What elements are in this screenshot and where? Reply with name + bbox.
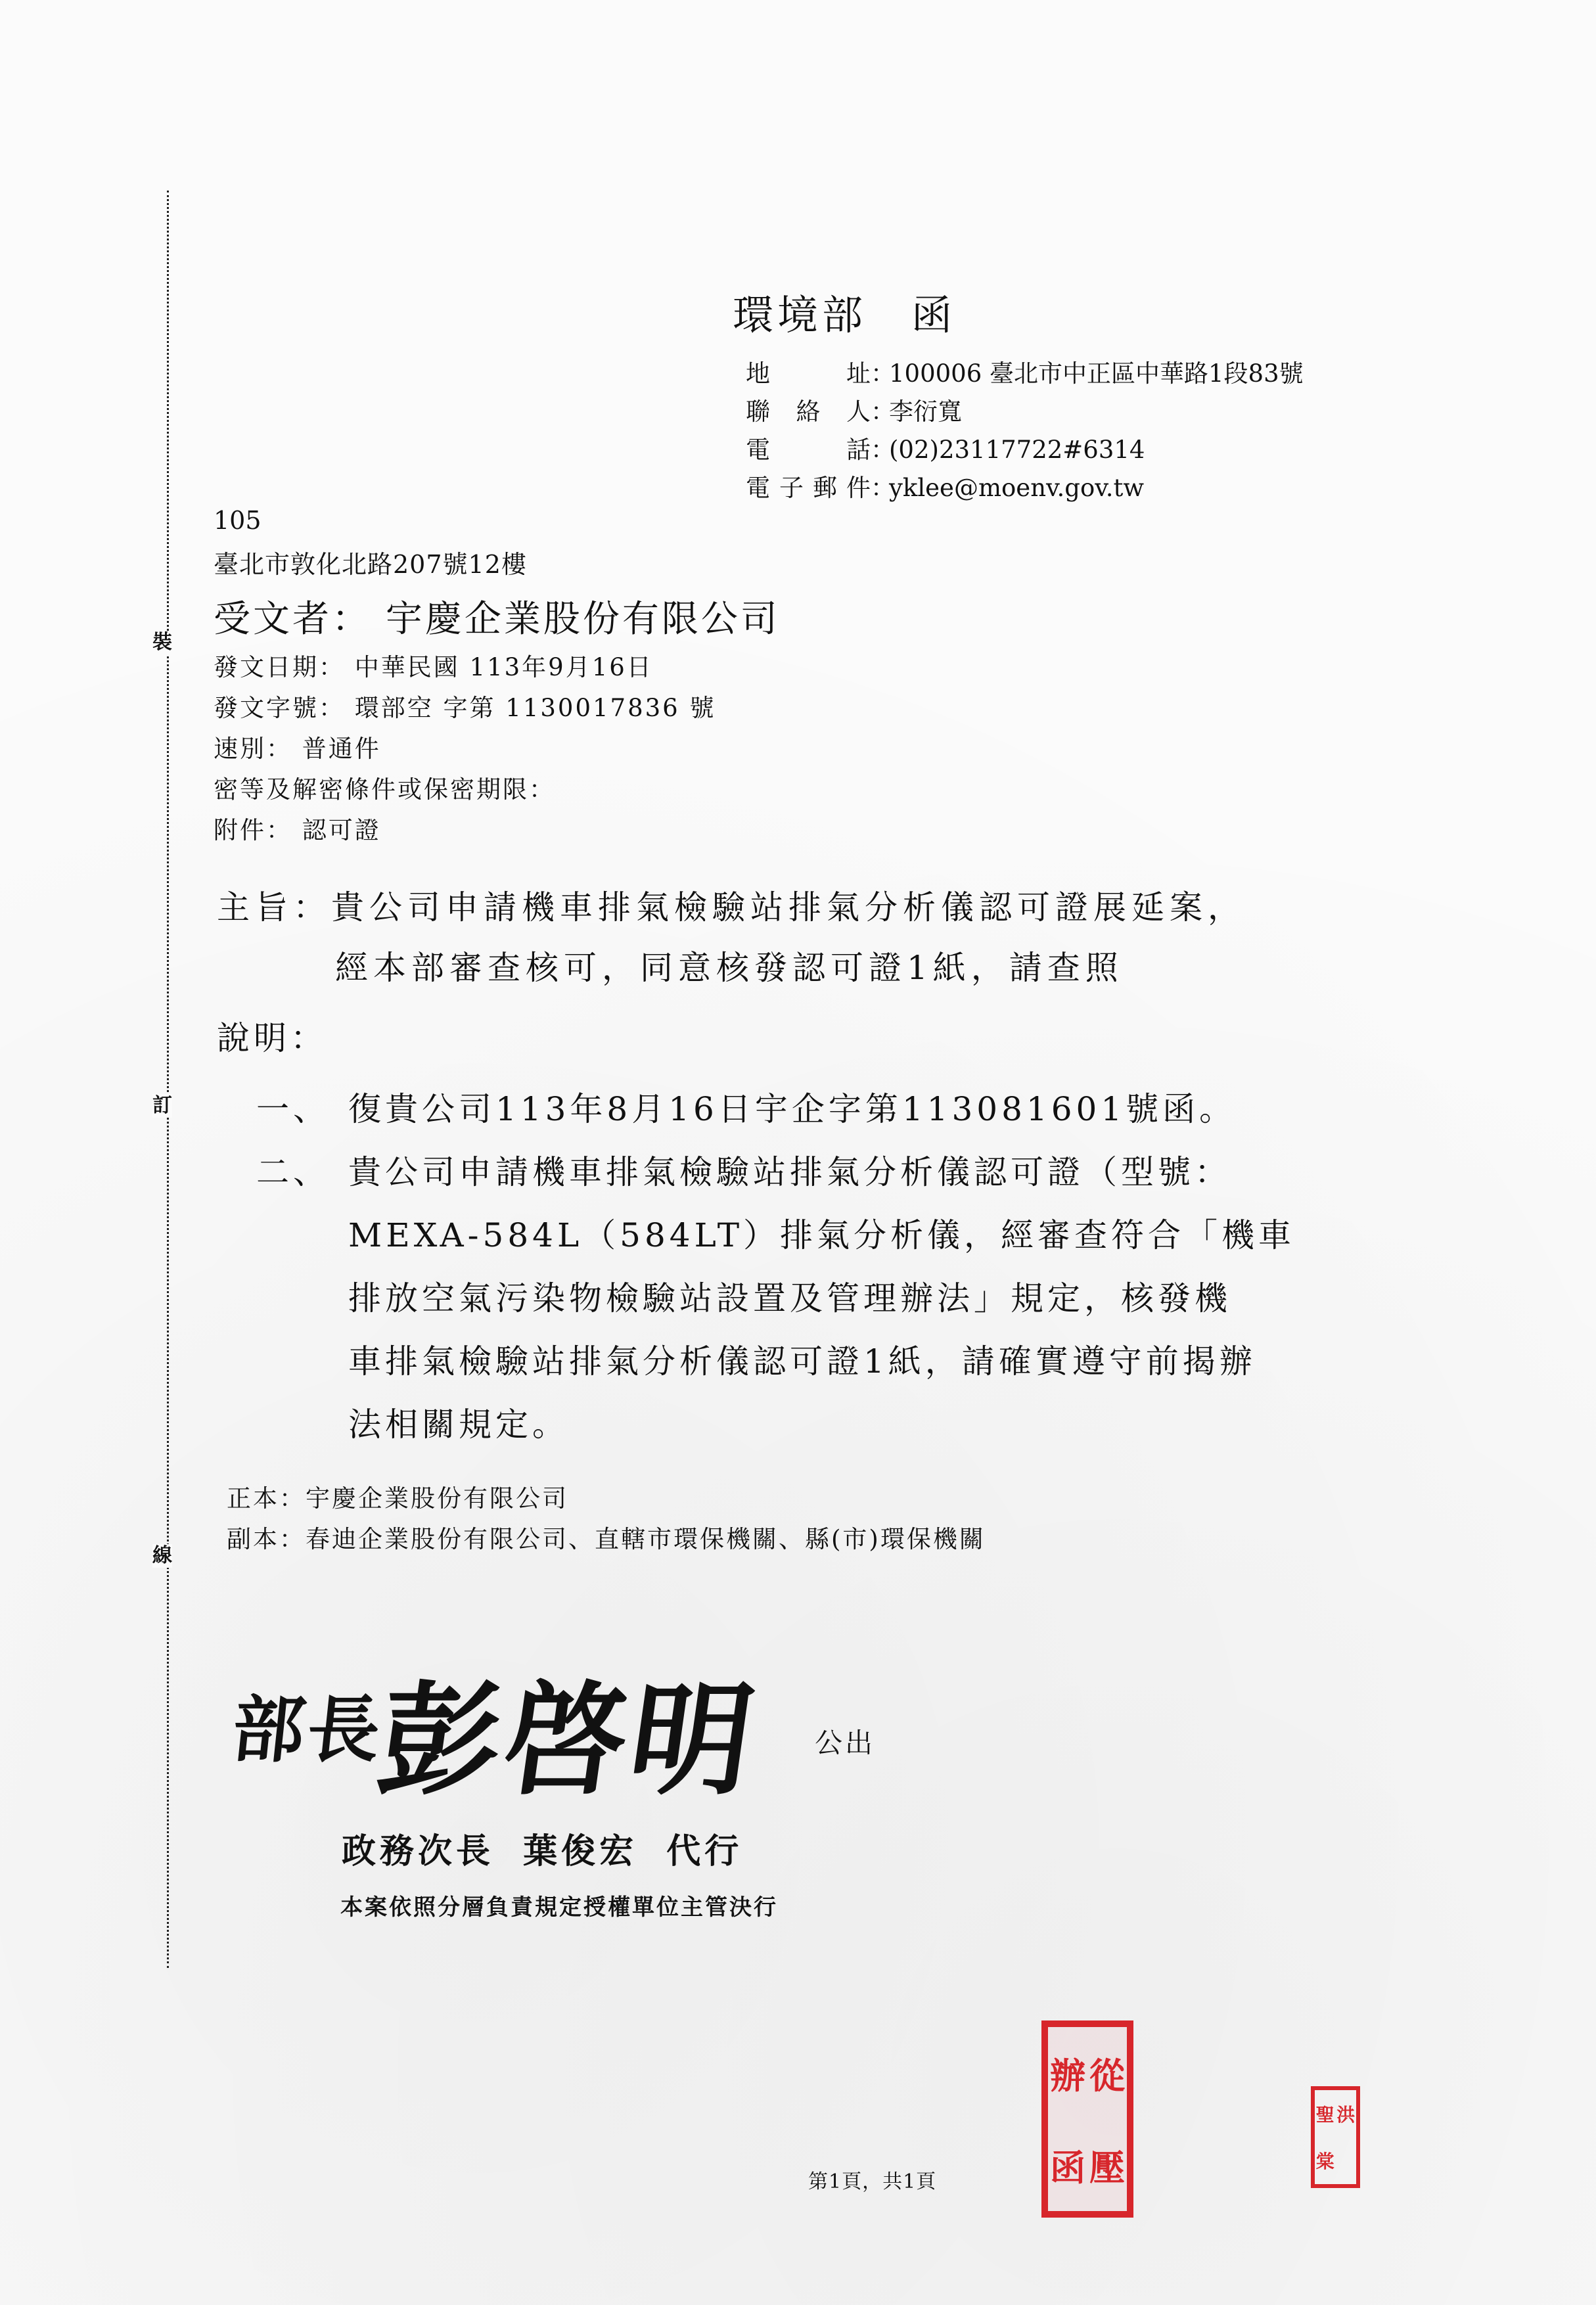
- item-line: 車排氣檢驗站排氣分析儀認可證1紙，請確實遵守前揭辦: [348, 1330, 1406, 1393]
- copy-label: 副本：: [227, 1525, 306, 1553]
- contact-label: 聯絡人: [746, 393, 871, 431]
- document-title: 環境部 函: [733, 283, 956, 341]
- document-number-value: 環部空 字第 1130017836 號: [355, 694, 716, 722]
- subject-label: 主旨：: [217, 888, 331, 926]
- item-number: 一、: [256, 1078, 348, 1141]
- contact-block: 地址 ： 100006 臺北市中正區中華路1段83號 聯絡人 ： 李衍寬 電話 …: [746, 355, 1304, 507]
- subject-text-2: 經本部審查核可，同意核發認可證1紙，請查照: [335, 949, 1124, 987]
- deputy-acting-line: 政務次長 葉俊宏 代行: [342, 1823, 742, 1873]
- signature-away-note: 公出: [815, 1722, 875, 1761]
- colon: ：: [871, 393, 889, 431]
- item-number: 二、: [256, 1141, 348, 1456]
- seal-char: 棠: [1315, 2147, 1336, 2174]
- recipient-address: 臺北市敦化北路207號12樓: [214, 544, 527, 580]
- secrecy-row: 密等及解密條件或保密期限：: [214, 769, 716, 810]
- page-number: 第1頁，共1頁: [808, 2165, 936, 2194]
- seal-char: 辦: [1048, 2048, 1087, 2099]
- delegation-note: 本案依照分層負責規定授權單位主管決行: [340, 1889, 778, 1921]
- speed-row: 速別： 普通件: [214, 729, 716, 769]
- subject-text-1: 貴公司申請機車排氣檢驗站排氣分析儀認可證展延案，: [331, 888, 1246, 926]
- item-line: 排放空氣污染物檢驗站設置及管理辦法」規定，核發機: [348, 1267, 1406, 1330]
- distribution-block: 正本：宇慶企業股份有限公司 副本：春迪企業股份有限公司、直轄市環保機關、縣(市)…: [227, 1478, 986, 1560]
- colon: ：: [871, 469, 889, 507]
- contact-person-row: 聯絡人 ： 李衍寬: [746, 393, 1304, 431]
- document-meta: 發文日期： 中華民國 113年9月16日 發文字號： 環部空 字第 113001…: [214, 647, 716, 851]
- attachment-row: 附件： 認可證: [214, 810, 716, 851]
- explanation-items: 一、 復貴公司113年8月16日宇企字第113081601號函。 二、 貴公司申…: [256, 1078, 1406, 1456]
- contact-person: 李衍寬: [889, 393, 962, 431]
- official-seal-large: 辦 從 函 壓: [1041, 2020, 1133, 2218]
- binding-mark-zhuang: 裝: [152, 631, 172, 654]
- item-line: 法相關規定。: [348, 1393, 1406, 1456]
- contact-label: 電子郵件: [746, 469, 871, 507]
- binding-mark-xian: 線: [152, 1544, 172, 1568]
- issue-date-row: 發文日期： 中華民國 113年9月16日: [214, 647, 716, 688]
- binding-line: [167, 191, 169, 1968]
- original-recipient-row: 正本：宇慶企業股份有限公司: [227, 1478, 986, 1519]
- contact-phone: (02)23117722#6314: [889, 431, 1145, 469]
- signature-title: 部長: [228, 1672, 389, 1776]
- copy-value: 春迪企業股份有限公司、直轄市環保機關、縣(市)環保機關: [306, 1525, 986, 1553]
- item-line: 復貴公司113年8月16日宇企字第113081601號函。: [348, 1078, 1406, 1141]
- contact-email-row: 電子郵件 ： yklee@moenv.gov.tw: [746, 469, 1304, 507]
- seal-char: 洪: [1336, 2101, 1357, 2127]
- contact-phone-row: 電話 ： (02)23117722#6314: [746, 431, 1304, 469]
- issue-date-label: 發文日期：: [214, 653, 345, 681]
- item-text: 貴公司申請機車排氣檢驗站排氣分析儀認可證（型號： MEXA-584L（584LT…: [348, 1141, 1406, 1456]
- contact-email: yklee@moenv.gov.tw: [889, 469, 1144, 507]
- original-label: 正本：: [227, 1484, 306, 1513]
- speed-label: 速別：: [214, 735, 292, 763]
- attachment-label: 附件：: [214, 816, 292, 844]
- item-line: MEXA-584L（584LT）排氣分析儀，經審查符合「機車: [348, 1204, 1406, 1267]
- seal-char: 從: [1087, 2048, 1127, 2099]
- copy-recipient-row: 副本：春迪企業股份有限公司、直轄市環保機關、縣(市)環保機關: [227, 1519, 986, 1560]
- recipient-label: 受文者：: [214, 598, 371, 641]
- colon: ：: [871, 431, 889, 469]
- attachment-value: 認可證: [302, 816, 381, 844]
- item-line: 貴公司申請機車排氣檢驗站排氣分析儀認可證（型號：: [348, 1141, 1406, 1204]
- document-number-label: 發文字號：: [214, 694, 345, 722]
- subject-line-1: 主旨：貴公司申請機車排氣檢驗站排氣分析儀認可證展延案，: [217, 877, 1246, 938]
- contact-label: 地址: [746, 355, 871, 393]
- subject-line-2: 經本部審查核可，同意核發認可證1紙，請查照: [217, 938, 1246, 998]
- recipient-postal-code: 105: [214, 506, 262, 535]
- seal-char: 函: [1048, 2140, 1087, 2191]
- contact-address: 100006 臺北市中正區中華路1段83號: [889, 355, 1304, 393]
- document-number-row: 發文字號： 環部空 字第 1130017836 號: [214, 688, 716, 729]
- speed-value: 普通件: [302, 735, 381, 763]
- contact-label: 電話: [746, 431, 871, 469]
- explanation-item: 二、 貴公司申請機車排氣檢驗站排氣分析儀認可證（型號： MEXA-584L（58…: [256, 1141, 1406, 1456]
- issue-date-value: 中華民國 113年9月16日: [355, 653, 653, 681]
- seal-char: 壓: [1087, 2140, 1127, 2191]
- colon: ：: [871, 355, 889, 393]
- explanation-label: 說明：: [217, 1012, 327, 1059]
- contact-address-row: 地址 ： 100006 臺北市中正區中華路1段83號: [746, 355, 1304, 393]
- recipient-line: 受文者： 宇慶企業股份有限公司: [214, 590, 780, 643]
- binding-mark-ding: 訂: [152, 1094, 172, 1118]
- recipient-name: 宇慶企業股份有限公司: [386, 598, 780, 641]
- item-text: 復貴公司113年8月16日宇企字第113081601號函。: [348, 1078, 1406, 1141]
- official-seal-small: 聖 洪 棠: [1311, 2086, 1360, 2188]
- subject-block: 主旨：貴公司申請機車排氣檢驗站排氣分析儀認可證展延案， 經本部審查核可，同意核發…: [217, 877, 1246, 998]
- secrecy-label: 密等及解密條件或保密期限：: [214, 775, 555, 804]
- original-value: 宇慶企業股份有限公司: [306, 1484, 568, 1513]
- signature-name: 彭啓明: [369, 1643, 769, 1817]
- seal-char: 聖: [1315, 2101, 1336, 2127]
- document-page: 裝 訂 線 環境部 函 地址 ： 100006 臺北市中正區中華路1段83號 聯…: [0, 0, 1596, 2305]
- explanation-item: 一、 復貴公司113年8月16日宇企字第113081601號函。: [256, 1078, 1406, 1141]
